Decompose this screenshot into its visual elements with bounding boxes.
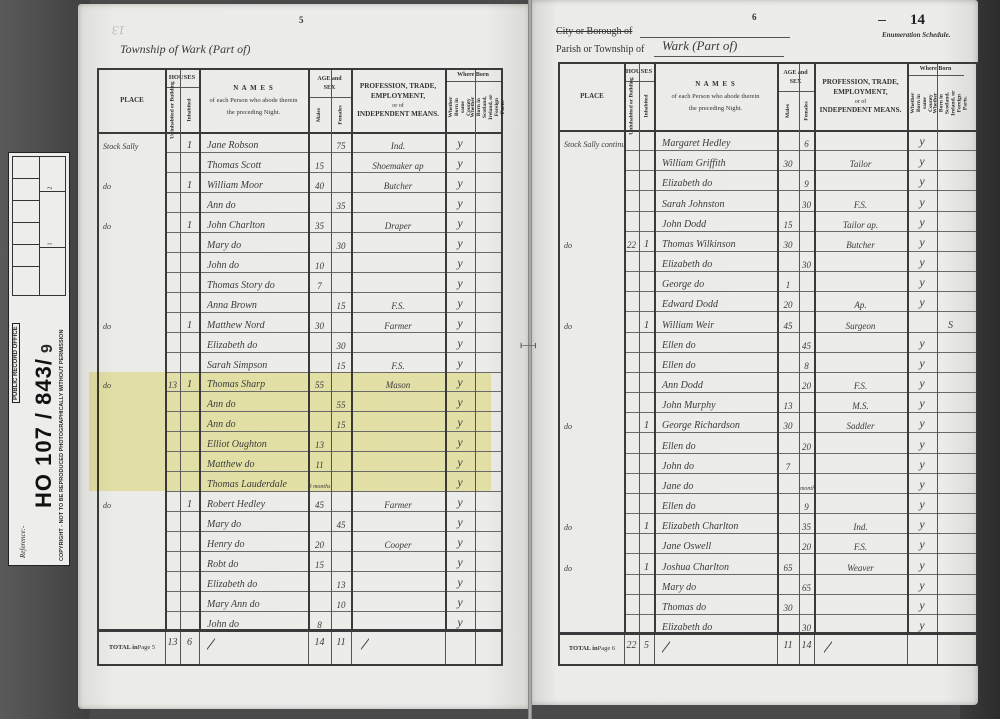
- profession-cell: Mason: [351, 372, 445, 392]
- place-cell: [560, 453, 624, 473]
- uninhabited-cell: [624, 493, 639, 513]
- table-row: Elizabeth do9y: [560, 170, 976, 190]
- total-males: 14: [308, 637, 331, 648]
- inhabited-cell: [180, 252, 199, 272]
- female-age-cell: 13: [331, 571, 351, 591]
- header-born-foreign: Whether Born in Scotland, Ireland, or Fo…: [937, 76, 964, 130]
- name-cell: Robt do: [199, 551, 308, 571]
- born-county-cell: y: [445, 352, 475, 372]
- column-rule: [165, 70, 167, 631]
- table-row: Sarah Johnston30F.S.y: [560, 190, 976, 210]
- uninhabited-cell: [165, 551, 180, 571]
- uninhabited-cell: [624, 473, 639, 493]
- table-row: Ellen do8y: [560, 352, 976, 372]
- table-row: do1William Moor40Butchery: [99, 172, 501, 192]
- table-row: Elizabeth do30y: [560, 251, 976, 271]
- header-names: N A M E Sof each Person who abode therei…: [199, 70, 308, 132]
- place-cell: [99, 352, 165, 372]
- male-age-cell: 40: [308, 172, 331, 192]
- inhabited-cell: 1: [639, 553, 654, 573]
- place-cell: [560, 372, 624, 392]
- born-county-cell: y: [907, 553, 937, 573]
- inhabited-cell: [180, 551, 199, 571]
- profession-cell: [351, 591, 445, 611]
- place-cell: [560, 473, 624, 493]
- uninhabited-cell: [165, 611, 180, 631]
- header-profession: PROFESSION, TRADE,EMPLOYMENT,or ofINDEPE…: [351, 70, 445, 132]
- inhabited-cell: [639, 493, 654, 513]
- column-rule: [308, 70, 310, 631]
- female-age-cell: 15: [331, 292, 351, 312]
- place-cell: do: [99, 372, 165, 392]
- born-foreign-cell: [937, 291, 964, 311]
- column-rule: [907, 64, 909, 634]
- total-column-rule: [654, 634, 655, 664]
- profession-cell: [814, 594, 907, 614]
- profession-cell: Shoemaker ap: [351, 152, 445, 172]
- table-row: Thomas do30y: [560, 594, 976, 614]
- male-age-cell: 45: [308, 491, 331, 511]
- born-county-cell: y: [445, 312, 475, 332]
- born-county-cell: y: [907, 271, 937, 291]
- inhabited-cell: [639, 130, 654, 150]
- right-census-table: PLACEHOUSESUninhabited or BuildingInhabi…: [558, 62, 978, 666]
- male-age-cell: 11: [308, 451, 331, 471]
- born-foreign-cell: [475, 232, 501, 252]
- place-cell: [560, 211, 624, 231]
- header-names-sub1: of each Person who abode therein: [672, 93, 760, 102]
- profession-cell: [351, 391, 445, 411]
- header-prof3: or of: [855, 98, 867, 106]
- born-county-cell: y: [445, 571, 475, 591]
- column-rule: [624, 64, 626, 634]
- male-age-cell: 30: [777, 231, 799, 251]
- ruler-scale: 2 1: [12, 156, 66, 296]
- born-foreign-cell: [475, 491, 501, 511]
- born-foreign-cell: [937, 594, 964, 614]
- inhabited-cell: [639, 150, 654, 170]
- born-foreign-cell: [937, 473, 964, 493]
- name-cell: Ellen do: [654, 332, 777, 352]
- header-uninhabited: Uninhabited or Building: [624, 82, 639, 130]
- female-age-cell: [799, 311, 814, 331]
- profession-cell: F.S.: [814, 190, 907, 210]
- table-row: do1Robert Hedley45Farmery: [99, 491, 501, 511]
- born-foreign-cell: [937, 553, 964, 573]
- name-cell: John Dodd: [654, 211, 777, 231]
- total-label: TOTAL inPage 5: [99, 631, 165, 664]
- male-age-cell: [777, 473, 799, 493]
- inhabited-cell: [180, 591, 199, 611]
- table-row: do1William Weir45SurgeonS: [560, 311, 976, 331]
- profession-cell: [351, 551, 445, 571]
- female-age-cell: 9: [799, 493, 814, 513]
- table-row: George do1y: [560, 271, 976, 291]
- table-row: John do7y: [560, 453, 976, 473]
- profession-cell: Ind.: [351, 132, 445, 152]
- binding-clip: ⟝⟞: [520, 340, 537, 351]
- name-cell: John Murphy: [654, 392, 777, 412]
- name-cell: Ellen do: [654, 352, 777, 372]
- male-age-cell: [777, 352, 799, 372]
- header-females-text: Females: [338, 105, 344, 124]
- uninhabited-cell: [624, 130, 639, 150]
- header-inhabited-text: Inhabited: [643, 95, 649, 118]
- inhabited-cell: [639, 190, 654, 210]
- table-row: do221Thomas Wilkinson30Butchery: [560, 231, 976, 251]
- place-cell: Stock Sally continued: [560, 130, 624, 150]
- total-label-line1: TOTAL in: [569, 645, 598, 653]
- profession-cell: [351, 192, 445, 212]
- male-age-cell: [777, 432, 799, 452]
- inhabited-cell: 1: [639, 513, 654, 533]
- born-foreign-cell: [937, 533, 964, 553]
- female-age-cell: [799, 553, 814, 573]
- born-county-cell: y: [445, 332, 475, 352]
- born-foreign-cell: [475, 391, 501, 411]
- inhabited-cell: 1: [639, 412, 654, 432]
- profession-cell: Saddler: [814, 412, 907, 432]
- female-age-cell: 35: [331, 192, 351, 212]
- place-cell: do: [560, 513, 624, 533]
- born-foreign-cell: [475, 152, 501, 172]
- profession-cell: Draper: [351, 212, 445, 232]
- total-column-rule: [351, 631, 352, 664]
- piece-number: 9: [39, 344, 57, 353]
- born-foreign-cell: [475, 551, 501, 571]
- total-column-rule: [907, 634, 908, 664]
- header-uninhabited-text: Uninhabited or Building: [628, 77, 634, 134]
- male-age-cell: [308, 292, 331, 312]
- total-column-rule: [814, 634, 815, 664]
- profession-cell: [351, 332, 445, 352]
- parish-value: Wark (Part of): [662, 38, 737, 54]
- inhabited-cell: [180, 511, 199, 531]
- profession-cell: Tailor: [814, 150, 907, 170]
- total-females: 14: [799, 640, 814, 651]
- born-foreign-cell: [937, 412, 964, 432]
- table-row: Elizabeth do30y: [560, 614, 976, 634]
- table-row: Ann do35y: [99, 192, 501, 212]
- place-cell: [560, 533, 624, 553]
- born-foreign-cell: [937, 493, 964, 513]
- profession-cell: [351, 272, 445, 292]
- inhabited-cell: [180, 611, 199, 631]
- born-county-cell: y: [445, 451, 475, 471]
- inhabited-cell: [639, 614, 654, 634]
- header-males-text: Males: [316, 108, 322, 122]
- male-age-cell: [777, 251, 799, 271]
- profession-cell: [814, 493, 907, 513]
- name-cell: Elliot Oughton: [199, 431, 308, 451]
- female-age-cell: [331, 551, 351, 571]
- male-age-cell: [777, 574, 799, 594]
- name-cell: George do: [654, 271, 777, 291]
- name-cell: Jane do: [654, 473, 777, 493]
- born-county-cell: y: [445, 591, 475, 611]
- born-county-cell: y: [445, 152, 475, 172]
- table-row: Mary do45y: [99, 511, 501, 531]
- born-foreign-cell: [937, 271, 964, 291]
- inhabited-cell: [180, 431, 199, 451]
- born-county-cell: y: [445, 292, 475, 312]
- born-foreign-cell: S: [937, 311, 964, 331]
- header-born-county-text: Whether Born in same County: [448, 92, 472, 122]
- profession-cell: [814, 332, 907, 352]
- place-cell: [99, 471, 165, 491]
- inhabited-cell: [180, 292, 199, 312]
- uninhabited-cell: 22: [624, 231, 639, 251]
- born-foreign-cell: [475, 571, 501, 591]
- female-age-cell: 20: [799, 372, 814, 392]
- inhabited-cell: [639, 432, 654, 452]
- male-age-cell: 13: [308, 431, 331, 451]
- inhabited-cell: [639, 453, 654, 473]
- name-cell: Thomas do: [654, 594, 777, 614]
- born-county-cell: y: [907, 170, 937, 190]
- table-row: Jane do4 monthsy: [560, 473, 976, 493]
- female-age-cell: [331, 431, 351, 451]
- uninhabited-cell: [165, 312, 180, 332]
- left-page-number: 5: [299, 15, 304, 25]
- column-rule: [937, 64, 938, 634]
- male-age-cell: [308, 332, 331, 352]
- table-row: Elliot Oughton13y: [99, 431, 501, 451]
- uninhabited-cell: [165, 252, 180, 272]
- male-age-cell: 35: [308, 212, 331, 232]
- uninhabited-cell: [165, 591, 180, 611]
- uninhabited-cell: [165, 531, 180, 551]
- table-row: Edward Dodd20Ap.y: [560, 291, 976, 311]
- uninhabited-cell: [165, 511, 180, 531]
- profession-cell: [351, 451, 445, 471]
- name-cell: Robert Hedley: [199, 491, 308, 511]
- female-age-cell: [331, 272, 351, 292]
- female-age-cell: [331, 312, 351, 332]
- female-age-cell: 4 months: [799, 473, 814, 493]
- name-cell: John do: [654, 453, 777, 473]
- profession-cell: [351, 411, 445, 431]
- table-row: Ann do55y: [99, 391, 501, 411]
- profession-cell: [351, 571, 445, 591]
- total-label-line1: TOTAL in: [109, 644, 138, 652]
- profession-cell: Weaver: [814, 553, 907, 573]
- born-foreign-cell: [475, 252, 501, 272]
- place-cell: do: [560, 412, 624, 432]
- male-age-cell: [308, 511, 331, 531]
- born-foreign-cell: [475, 332, 501, 352]
- profession-cell: [814, 453, 907, 473]
- female-age-cell: 9: [799, 170, 814, 190]
- born-foreign-cell: [937, 190, 964, 210]
- table-row: Ann do15y: [99, 411, 501, 431]
- place-cell: [99, 431, 165, 451]
- name-cell: Sarah Simpson: [199, 352, 308, 372]
- header-inhabited: Inhabited: [180, 88, 199, 132]
- male-age-cell: [777, 372, 799, 392]
- scale-mark-2: 2: [48, 187, 54, 190]
- profession-cell: Butcher: [814, 231, 907, 251]
- inhabited-cell: [639, 271, 654, 291]
- place-cell: [560, 332, 624, 352]
- header-place: PLACE: [99, 70, 165, 132]
- schedule-number: 14: [910, 12, 925, 29]
- male-age-cell: [777, 170, 799, 190]
- name-cell: Thomas Sharp: [199, 372, 308, 392]
- male-age-cell: 15: [308, 152, 331, 172]
- table-row: Matthew do11y: [99, 451, 501, 471]
- uninhabited-cell: [165, 212, 180, 232]
- place-cell: [560, 352, 624, 372]
- born-foreign-cell: [475, 352, 501, 372]
- female-age-cell: [331, 172, 351, 192]
- uninhabited-cell: [624, 432, 639, 452]
- uninhabited-cell: [624, 412, 639, 432]
- place-cell: do: [560, 231, 624, 251]
- place-cell: [99, 192, 165, 212]
- male-age-cell: [308, 591, 331, 611]
- female-age-cell: 30: [331, 332, 351, 352]
- born-foreign-cell: [937, 231, 964, 251]
- total-females: 11: [331, 637, 351, 648]
- born-county-cell: y: [445, 611, 475, 631]
- born-foreign-cell: [475, 212, 501, 232]
- born-foreign-cell: [937, 211, 964, 231]
- inhabited-cell: [639, 251, 654, 271]
- born-foreign-cell: [937, 432, 964, 452]
- uninhabited-cell: [165, 332, 180, 352]
- born-county-cell: y: [907, 372, 937, 392]
- table-row: Elizabeth do13y: [99, 571, 501, 591]
- name-cell: Margaret Hedley: [654, 130, 777, 150]
- male-age-cell: [777, 332, 799, 352]
- female-age-cell: 55: [331, 391, 351, 411]
- header-names-title: N A M E S: [695, 80, 736, 89]
- born-foreign-cell: [475, 611, 501, 631]
- header-prof1: PROFESSION, TRADE,: [822, 78, 898, 88]
- place-cell: [560, 251, 624, 271]
- born-county-cell: y: [445, 372, 475, 392]
- place-cell: [560, 291, 624, 311]
- total-label-line2: Page 6: [598, 645, 616, 653]
- female-age-cell: [331, 611, 351, 631]
- male-age-cell: [777, 130, 799, 150]
- born-county-cell: y: [907, 190, 937, 210]
- name-cell: Thomas Story do: [199, 272, 308, 292]
- name-cell: Jane Oswell: [654, 533, 777, 553]
- name-cell: Ellen do: [654, 432, 777, 452]
- column-rule: [180, 70, 181, 631]
- total-uninhabited: 13: [165, 637, 180, 648]
- female-age-cell: [331, 152, 351, 172]
- profession-cell: F.S.: [351, 292, 445, 312]
- uninhabited-cell: [165, 391, 180, 411]
- inhabited-cell: [180, 232, 199, 252]
- header-names-sub2: the preceding Night.: [227, 109, 280, 118]
- male-age-cell: 15: [777, 211, 799, 231]
- name-cell: John Charlton: [199, 212, 308, 232]
- header-names-title: N A M E S: [233, 84, 274, 93]
- born-foreign-cell: [937, 574, 964, 594]
- left-census-table: PLACEHOUSESUninhabited or BuildingInhabi…: [97, 68, 503, 666]
- female-age-cell: 20: [799, 432, 814, 452]
- profession-cell: [351, 431, 445, 451]
- female-age-cell: 75: [331, 132, 351, 152]
- place-cell: do: [99, 212, 165, 232]
- township-heading: Township of Wark (Part of): [120, 42, 250, 57]
- table-row: Mary do65y: [560, 574, 976, 594]
- name-cell: Elizabeth do: [199, 332, 308, 352]
- table-row: John Murphy13M.S.y: [560, 392, 976, 412]
- female-age-cell: 45: [331, 511, 351, 531]
- name-cell: Thomas Scott: [199, 152, 308, 172]
- female-age-cell: [799, 453, 814, 473]
- born-foreign-cell: [475, 411, 501, 431]
- header-names-sub1: of each Person who abode therein: [210, 97, 298, 106]
- place-cell: [560, 614, 624, 634]
- female-age-cell: [331, 252, 351, 272]
- total-column-rule: [475, 631, 476, 664]
- inhabited-cell: [639, 211, 654, 231]
- name-cell: Edward Dodd: [654, 291, 777, 311]
- table-row: Stock Sally continuedMargaret Hedley6y: [560, 130, 976, 150]
- name-cell: William Moor: [199, 172, 308, 192]
- male-age-cell: [777, 614, 799, 634]
- name-cell: Ann Dodd: [654, 372, 777, 392]
- male-age-cell: 30: [308, 312, 331, 332]
- table-row: Ellen do9y: [560, 493, 976, 513]
- born-foreign-cell: [475, 172, 501, 192]
- table-row: Sarah Simpson15F.S.y: [99, 352, 501, 372]
- born-county-cell: y: [907, 251, 937, 271]
- uninhabited-cell: [165, 411, 180, 431]
- table-row: do131Thomas Sharp55Masony: [99, 372, 501, 392]
- name-cell: Elizabeth Charlton: [654, 513, 777, 533]
- total-column-rule: [937, 634, 938, 664]
- born-county-cell: y: [907, 473, 937, 493]
- uninhabited-cell: [165, 172, 180, 192]
- place-cell: [560, 594, 624, 614]
- header-place: PLACE: [560, 64, 624, 130]
- uninhabited-cell: [624, 614, 639, 634]
- born-county-cell: y: [907, 594, 937, 614]
- table-row: Henry do20Coopery: [99, 531, 501, 551]
- name-cell: Joshua Charlton: [654, 553, 777, 573]
- place-cell: [560, 392, 624, 412]
- dash-mark: [878, 20, 886, 21]
- total-names-tick: ╱: [662, 638, 670, 655]
- inhabited-cell: [639, 574, 654, 594]
- place-cell: [560, 190, 624, 210]
- male-age-cell: 45: [777, 311, 799, 331]
- female-age-cell: 30: [799, 251, 814, 271]
- uninhabited-cell: [165, 571, 180, 591]
- male-age-cell: 7: [777, 453, 799, 473]
- born-county-cell: y: [445, 471, 475, 491]
- born-county-cell: y: [907, 130, 937, 150]
- profession-cell: [814, 432, 907, 452]
- place-cell: do: [99, 172, 165, 192]
- table-row: do1Matthew Nord30Farmery: [99, 312, 501, 332]
- uninhabited-cell: [165, 352, 180, 372]
- born-foreign-cell: [475, 312, 501, 332]
- place-cell: [99, 571, 165, 591]
- profession-cell: [351, 252, 445, 272]
- female-age-cell: [331, 491, 351, 511]
- male-age-cell: 8: [308, 611, 331, 631]
- born-foreign-cell: [475, 292, 501, 312]
- inhabited-cell: 1: [180, 491, 199, 511]
